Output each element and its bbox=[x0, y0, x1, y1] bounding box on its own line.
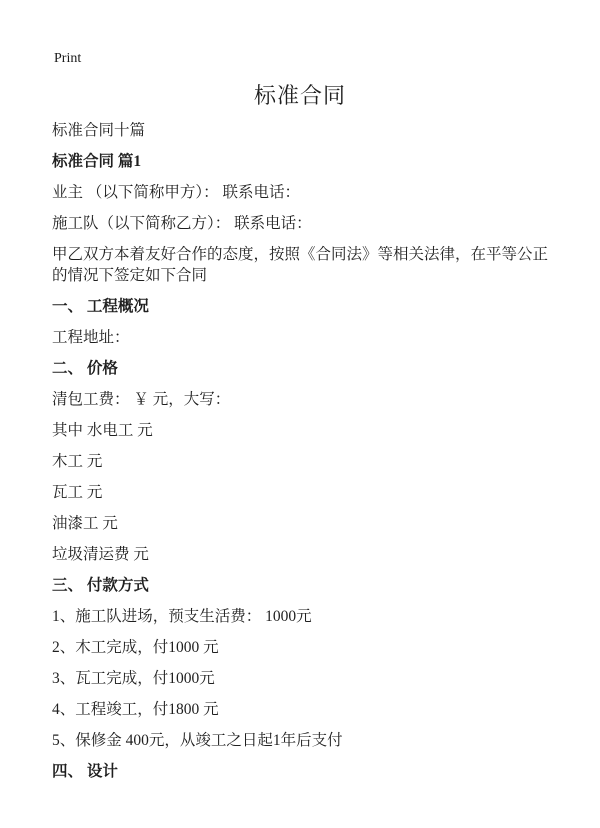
clause-item-project-address: 工程地址： bbox=[52, 327, 548, 348]
clause-item-payment-1: 1、施工队进场，预支生活费： 1000元 bbox=[52, 606, 548, 627]
party-line-owner: 业主 （以下简称甲方）： 联系电话： bbox=[52, 182, 548, 203]
page-title: 标准合同 bbox=[52, 84, 548, 108]
clause-item-payment-5: 5、保修金 400元，从竣工之日起1年后支付 bbox=[52, 730, 548, 751]
clause-heading-project-overview: 一、 工程概况 bbox=[52, 296, 548, 317]
party-line-contractor: 施工队（以下简称乙方）： 联系电话： bbox=[52, 213, 548, 234]
clause-heading-design: 四、 设计 bbox=[52, 761, 548, 782]
clause-heading-payment-method: 三、 付款方式 bbox=[52, 575, 548, 596]
document-page: Print 标准合同 标准合同十篇 标准合同 篇1 业主 （以下简称甲方）： 联… bbox=[0, 0, 600, 828]
preamble-paragraph: 甲乙双方本着友好合作的态度，按照《合同法》等相关法律，在平等公正的情况下签定如下… bbox=[52, 244, 548, 286]
section-heading: 标准合同 篇1 bbox=[52, 151, 548, 172]
clause-item-masonry: 瓦工 元 bbox=[52, 482, 548, 503]
clause-item-payment-4: 4、工程竣工，付1800 元 bbox=[52, 699, 548, 720]
clause-item-garbage-removal: 垃圾清运费 元 bbox=[52, 544, 548, 565]
clause-item-painting: 油漆工 元 bbox=[52, 513, 548, 534]
print-link[interactable]: Print bbox=[54, 50, 81, 67]
clause-item-payment-2: 2、木工完成，付1000 元 bbox=[52, 637, 548, 658]
document-subtitle: 标准合同十篇 bbox=[52, 120, 548, 141]
clause-item-carpentry: 木工 元 bbox=[52, 451, 548, 472]
clause-item-payment-3: 3、瓦工完成，付1000元 bbox=[52, 668, 548, 689]
clause-item-plumbing-electric: 其中 水电工 元 bbox=[52, 420, 548, 441]
clause-heading-price: 二、 价格 bbox=[52, 358, 548, 379]
clause-item-labor-fee: 清包工费： ￥ 元，大写： bbox=[52, 389, 548, 410]
